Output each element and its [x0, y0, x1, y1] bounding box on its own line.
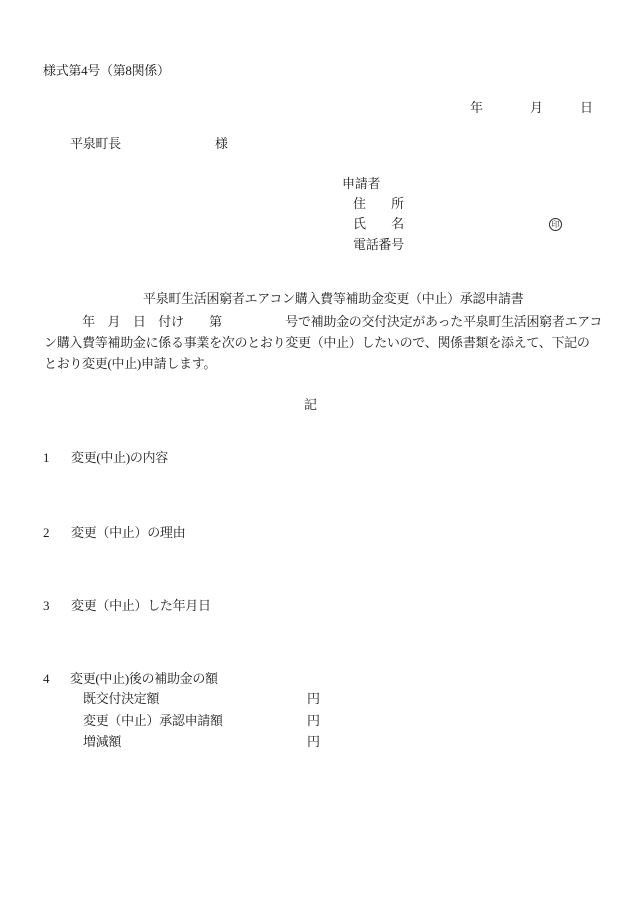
item-number: 4 [43, 671, 49, 687]
body-line-3: とおり変更(中止)申請します。 [44, 356, 216, 372]
addressee-name: 平泉町長 [70, 136, 121, 152]
amount-unit: 円 [307, 713, 320, 729]
date-year-label: 年 [470, 100, 483, 116]
amount-unit: 円 [307, 691, 320, 707]
ki-marker: 記 [304, 397, 317, 413]
item-label: 変更（中止）した年月日 [71, 598, 211, 614]
item-row-1: 1 変更(中止)の内容 [0, 450, 630, 466]
document-title: 平泉町生活困窮者エアコン購入費等補助金変更（中止）承認申請書 [143, 291, 523, 307]
amount-unit: 円 [307, 734, 320, 750]
amount-row-granted: 既交付決定額 円 [0, 691, 630, 707]
document-page: 様式第4号（第8関係） 年 月 日 平泉町長 様 申請者 住 所 氏 名 印 電… [0, 0, 630, 903]
applicant-name-label: 氏 名 [353, 216, 404, 232]
seal-text: 印 [552, 221, 560, 229]
date-row: 年 月 日 [0, 100, 630, 116]
seal-icon: 印 [549, 218, 562, 231]
amount-row-requested: 変更（中止）承認申請額 円 [0, 713, 630, 729]
item-label: 変更(中止)後の補助金の額 [70, 671, 218, 687]
date-day-label: 日 [580, 100, 593, 116]
applicant-phone-label: 電話番号 [353, 237, 404, 253]
amount-label: 既交付決定額 [83, 691, 159, 707]
item-label: 変更（中止）の理由 [71, 525, 185, 541]
item-row-3: 3 変更（中止）した年月日 [0, 598, 630, 614]
amount-label: 増減額 [83, 734, 121, 750]
date-month-label: 月 [530, 100, 543, 116]
addressee-honorific: 様 [215, 136, 228, 152]
form-number: 様式第4号（第8関係） [43, 63, 170, 79]
addressee-row: 平泉町長 様 [0, 136, 630, 152]
item-row-2: 2 変更（中止）の理由 [0, 525, 630, 541]
item-label: 変更(中止)の内容 [71, 450, 168, 466]
item-row-4: 4 変更(中止)後の補助金の額 [0, 671, 630, 687]
amount-label: 変更（中止）承認申請額 [83, 713, 223, 729]
item-number: 3 [43, 598, 49, 614]
item-number: 1 [43, 450, 49, 466]
amount-row-difference: 増減額 円 [0, 734, 630, 750]
applicant-label: 申請者 [342, 176, 380, 192]
applicant-address-label: 住 所 [353, 196, 404, 212]
body-line-1: 年 月 日 付け 第 号で補助金の交付決定があった平泉町生活困窮者エアコ [44, 314, 602, 330]
body-line-2: ン購入費等補助金に係る事業を次のとおり変更（中止）したいので、関係書類を添えて、… [44, 335, 590, 351]
item-number: 2 [43, 525, 49, 541]
